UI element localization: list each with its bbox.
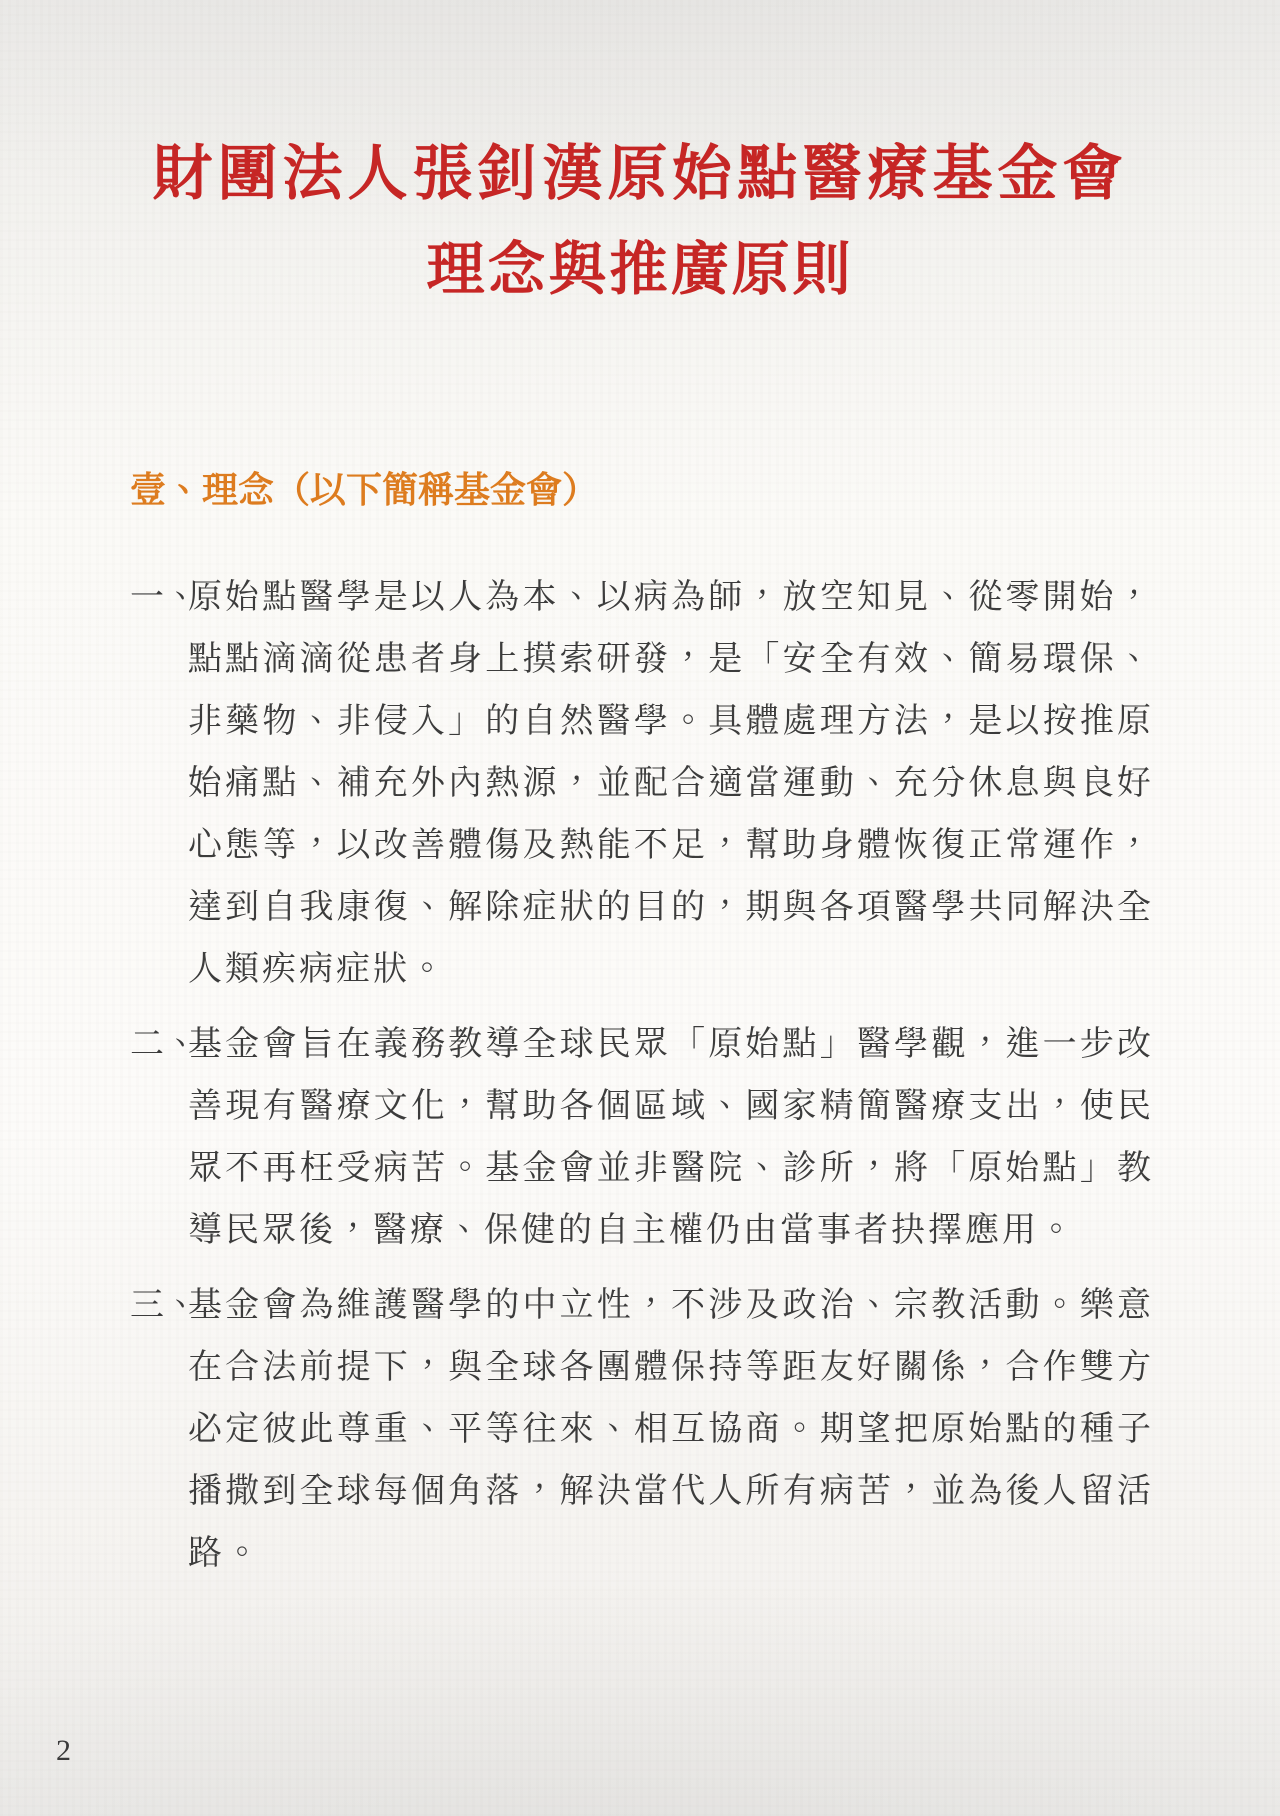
body-text: 一、 原始點醫學是以人為本、以病為師，放空知見、從零開始，點點滴滴從患者身上摸索… <box>130 566 1154 1597</box>
paragraph-1-text: 原始點醫學是以人為本、以病為師，放空知見、從零開始，點點滴滴從患者身上摸索研發，… <box>188 566 1154 1000</box>
paragraph-3-text: 基金會為維護醫學的中立性，不涉及政治、宗教活動。樂意在合法前提下，與全球各團體保… <box>188 1274 1154 1584</box>
section-heading: 壹、理念（以下簡稱基金會） <box>130 464 598 516</box>
paragraph-1-marker: 一、 <box>130 566 188 628</box>
paragraph-3: 三、 基金會為維護醫學的中立性，不涉及政治、宗教活動。樂意在合法前提下，與全球各… <box>130 1274 1154 1584</box>
page-number: 2 <box>56 1734 71 1768</box>
paragraph-2-marker: 二、 <box>130 1013 188 1075</box>
paragraph-1: 一、 原始點醫學是以人為本、以病為師，放空知見、從零開始，點點滴滴從患者身上摸索… <box>130 566 1154 1000</box>
document-page: 財團法人張釗漢原始點醫療基金會 理念與推廣原則 壹、理念（以下簡稱基金會） 一、… <box>0 0 1280 1816</box>
paragraph-2: 二、 基金會旨在義務教導全球民眾「原始點」醫學觀，進一步改善現有醫療文化，幫助各… <box>130 1013 1154 1261</box>
page-title-line1: 財團法人張釗漢原始點醫療基金會 <box>0 140 1280 208</box>
page-title-line2: 理念與推廣原則 <box>0 238 1280 302</box>
paragraph-2-text: 基金會旨在義務教導全球民眾「原始點」醫學觀，進一步改善現有醫療文化，幫助各個區域… <box>188 1013 1154 1261</box>
paragraph-3-marker: 三、 <box>130 1274 188 1336</box>
page-title: 財團法人張釗漢原始點醫療基金會 理念與推廣原則 <box>0 140 1280 302</box>
